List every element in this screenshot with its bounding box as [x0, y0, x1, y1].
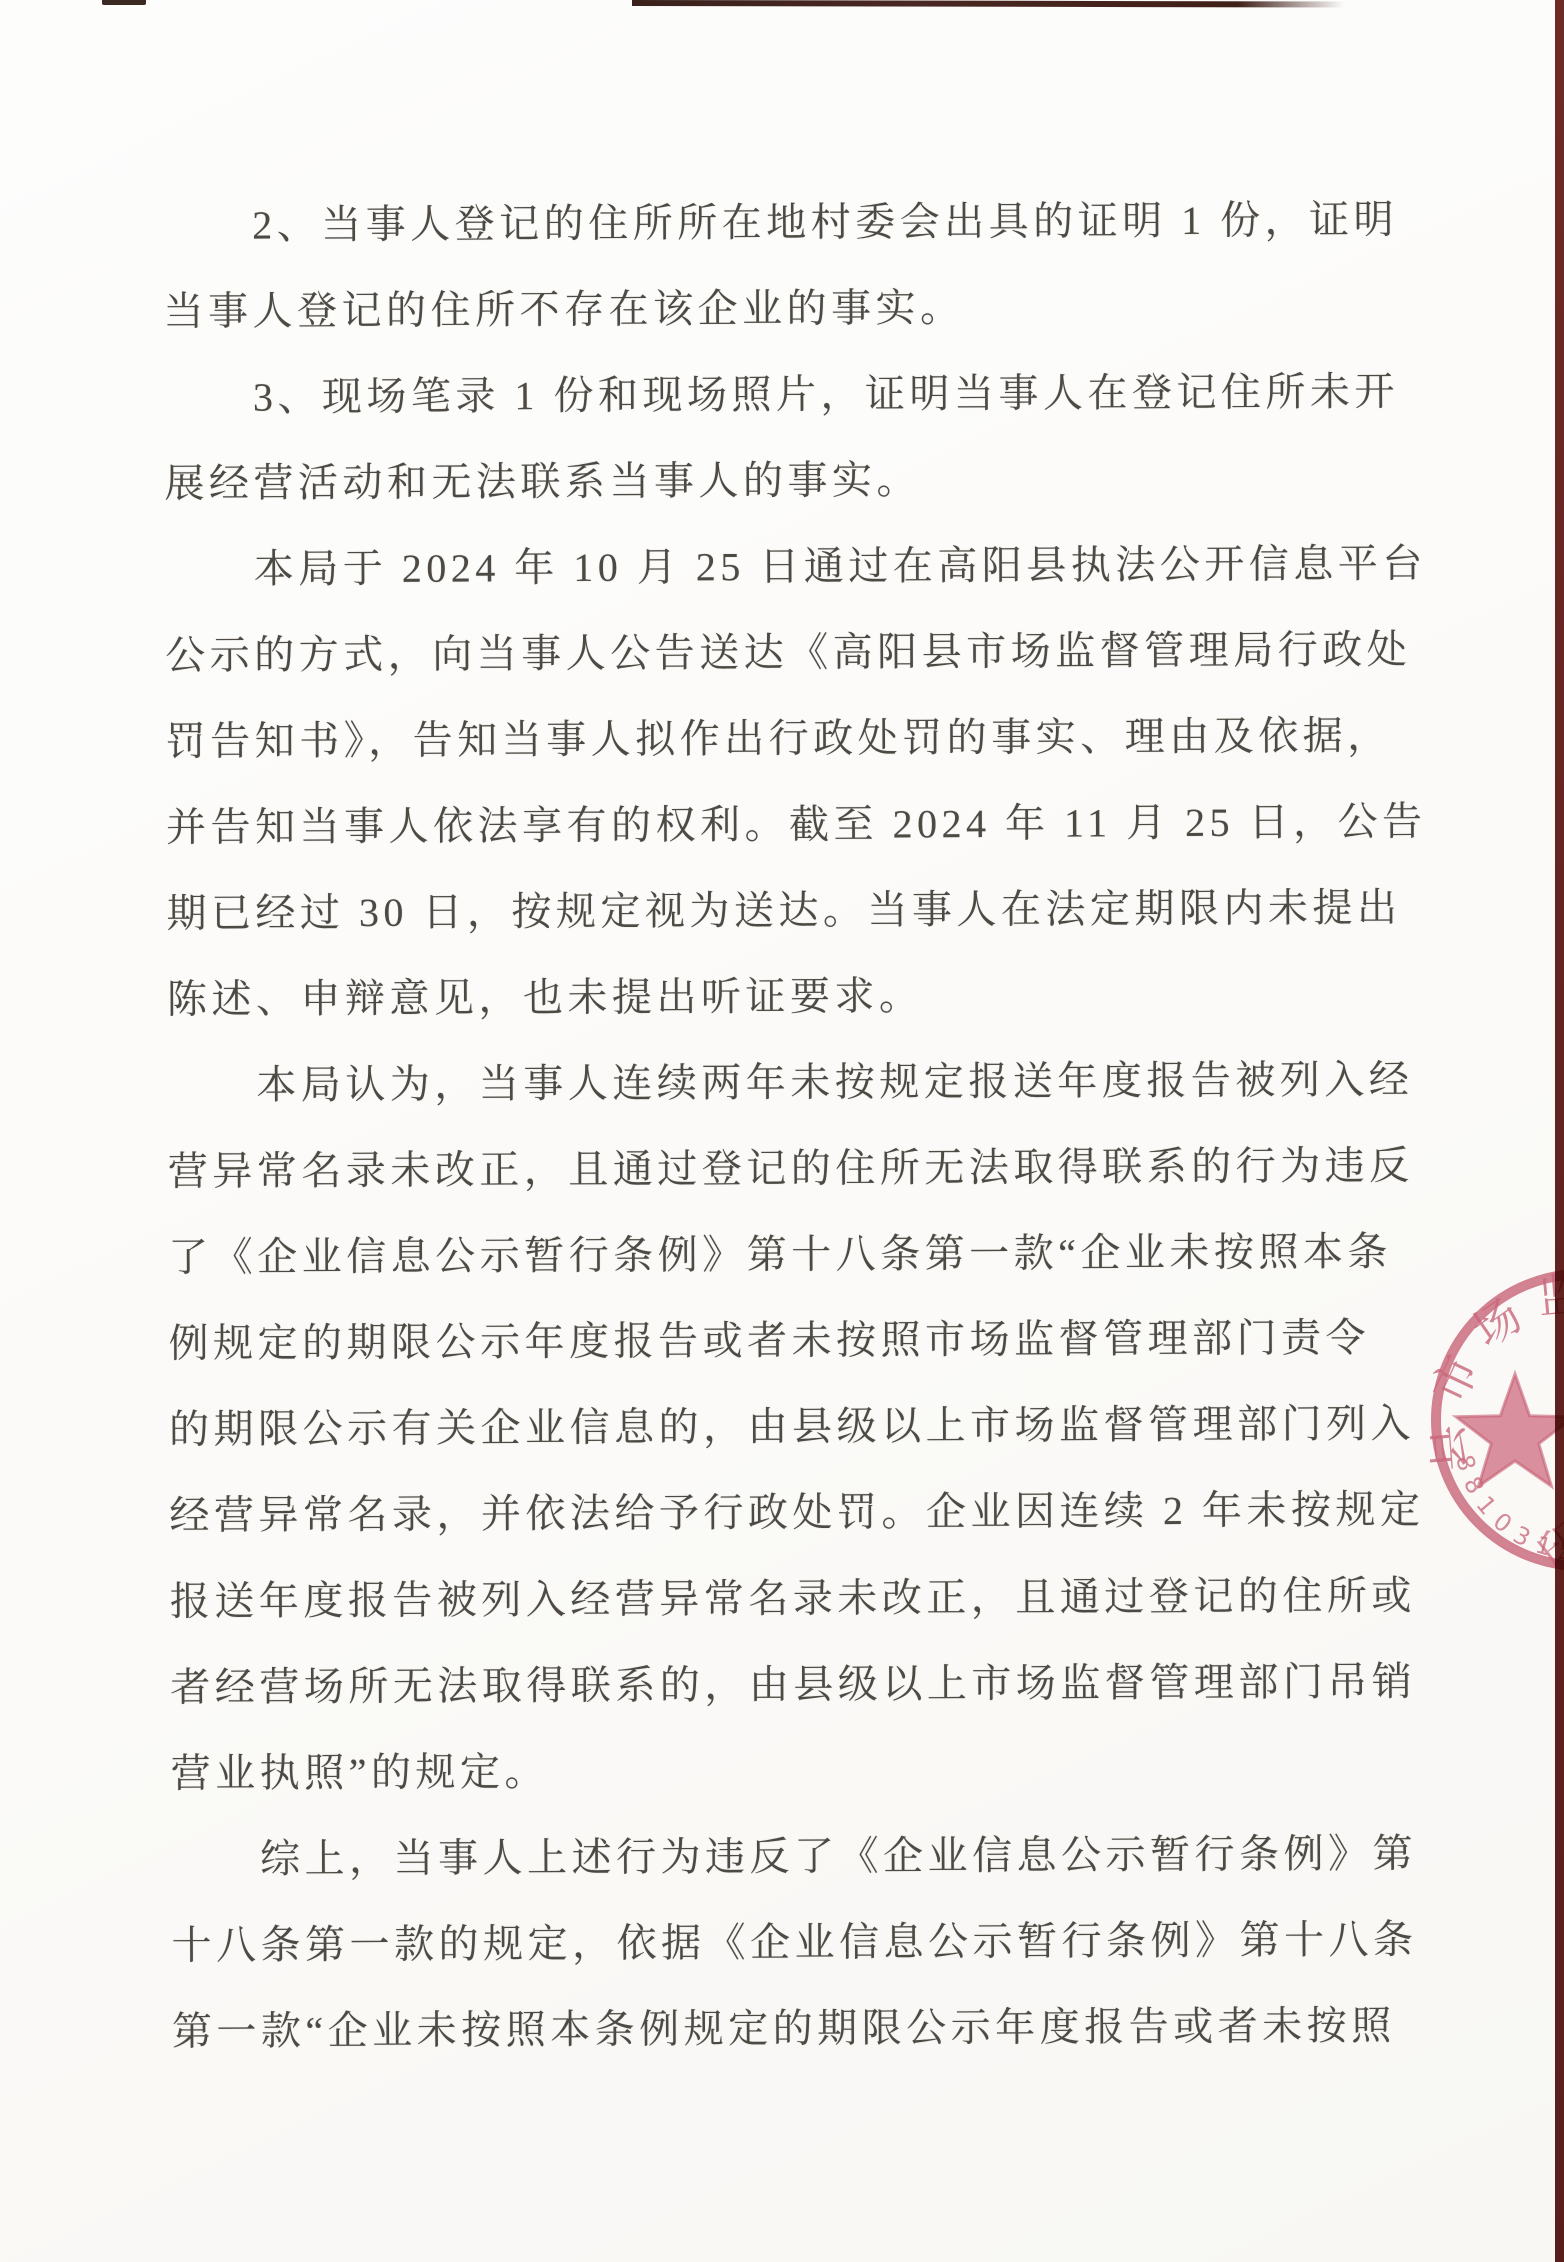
text-line: 十八条第一款的规定，依据《企业信息公示暂行条例》第十八条 [171, 1912, 1456, 2004]
paper-background: 2、当事人登记的住所所在地村委会出具的证明 1 份，证明 当事人登记的住所不存在… [0, 0, 1564, 2262]
text-line: 营业执照”的规定。 [171, 1740, 1456, 1832]
text-line: 本局于 2024 年 10 月 25 日通过在高阳县执法公开信息平台 [165, 536, 1450, 628]
text-line: 第一款“企业未按照本条例规定的期限公示年度报告或者未按照 [172, 1998, 1457, 2090]
text-line: 展经营活动和无法联系当事人的事实。 [164, 450, 1449, 542]
text-line: 并告知当事人依法享有的权利。截至 2024 年 11 月 25 日，公告 [166, 794, 1451, 886]
text-line: 罚告知书》，告知当事人拟作出行政处罚的事实、理由及依据， [166, 708, 1451, 800]
text-line: 营异常名录未改正，且通过登记的住所无法取得联系的行为违反 [168, 1138, 1453, 1230]
scan-artifact-top-dash [102, 0, 146, 5]
text-line: 3、现场笔录 1 份和现场照片，证明当事人在登记住所未开 [164, 364, 1449, 456]
text-line: 者经营场所无法取得联系的，由县级以上市场监督管理部门吊销 [170, 1654, 1455, 1746]
text-line: 公示的方式，向当事人公告送达《高阳县市场监督管理局行政处 [165, 622, 1450, 714]
document-body-text: 2、当事人登记的住所所在地村委会出具的证明 1 份，证明 当事人登记的住所不存在… [163, 192, 1457, 2090]
text-line: 例规定的期限公示年度报告或者未按照市场监督管理部门责令 [168, 1310, 1453, 1402]
text-line: 当事人登记的住所不存在该企业的事实。 [163, 278, 1448, 370]
text-line: 陈述、申辩意见，也未提出听证要求。 [167, 966, 1452, 1058]
text-line: 经营异常名录，并依法给予行政处罚。企业因连续 2 年未按规定 [169, 1482, 1454, 1574]
text-line: 2、当事人登记的住所所在地村委会出具的证明 1 份，证明 [163, 192, 1448, 284]
text-line: 了《企业信息公示暂行条例》第十八条第一款“企业未按照本条 [168, 1224, 1453, 1316]
text-line: 综上，当事人上述行为违反了《企业信息公示暂行条例》第 [171, 1826, 1456, 1918]
scanned-document-page: { "page": { "background_color": "#fbfaf8… [0, 0, 1564, 2262]
text-line: 报送年度报告被列入经营异常名录未改正，且通过登记的住所或 [170, 1568, 1455, 1660]
scan-artifact-right-stripe [1555, 0, 1564, 2262]
text-line: 期已经过 30 日，按规定视为送达。当事人在法定期限内未提出 [166, 880, 1451, 972]
text-line: 的期限公示有关企业信息的，由县级以上市场监督管理部门列入 [169, 1396, 1454, 1488]
text-line: 本局认为，当事人连续两年未按规定报送年度报告被列入经 [167, 1052, 1452, 1144]
official-red-seal: 县市场监 8810315 印 [1430, 1268, 1564, 1588]
seal-partial-glyph: 印 [1529, 1511, 1564, 1580]
scan-artifact-top-line [632, 0, 1344, 7]
